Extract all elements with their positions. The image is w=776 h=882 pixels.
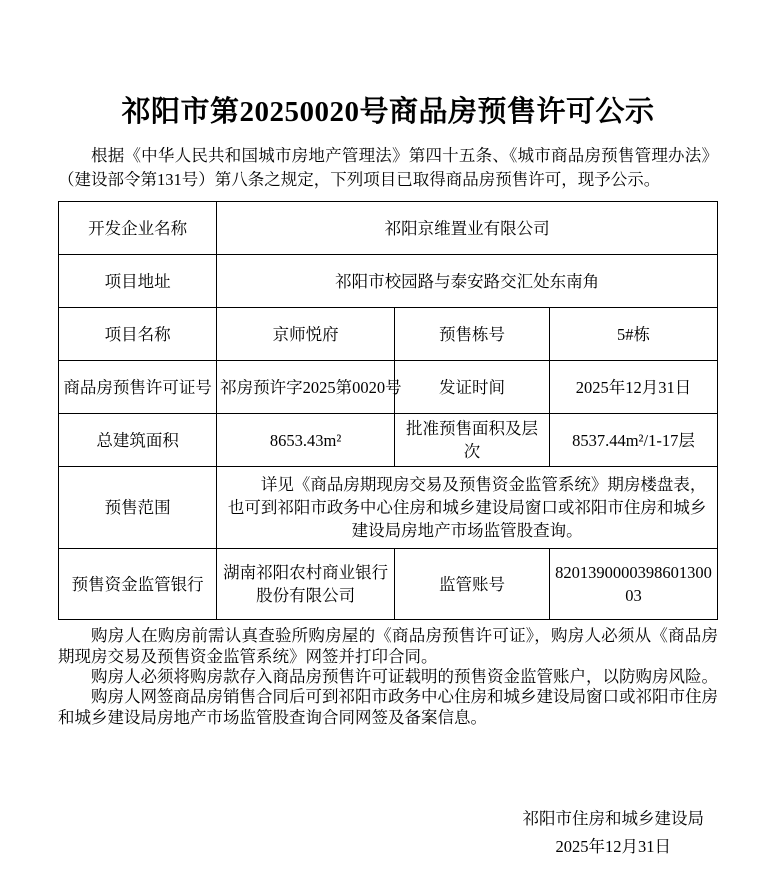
- total-area-value: 8653.43m²: [217, 414, 395, 467]
- notice-document: 祁阳市第20250020号商品房预售许可公示 根据《中华人民共和国城市房地产管理…: [0, 0, 776, 882]
- address-label: 项目地址: [59, 255, 217, 308]
- notes-section: 购房人在购房前需认真查验所购房屋的《商品房预售许可证》，购房人必须从《商品房期现…: [58, 626, 718, 728]
- document-content: 祁阳市第20250020号商品房预售许可公示 根据《中华人民共和国城市房地产管理…: [58, 94, 718, 860]
- issue-date-value: 2025年12月31日: [549, 361, 717, 414]
- intro-paragraph: 根据《中华人民共和国城市房地产管理法》第四十五条、《城市商品房预售管理办法》（建…: [58, 144, 718, 192]
- permit-table: 开发企业名称 祁阳京维置业有限公司 项目地址 祁阳市校园路与泰安路交汇处东南角 …: [58, 201, 718, 620]
- bank-value: 湖南祁阳农村商业银行股份有限公司: [217, 549, 395, 620]
- approved-area-label: 批准预售面积及层次: [395, 414, 550, 467]
- signature-org: 祁阳市住房和城乡建设局: [523, 805, 705, 832]
- developer-value: 祁阳京维置业有限公司: [217, 202, 718, 255]
- table-row: 总建筑面积 8653.43m² 批准预售面积及层次 8537.44m²/1-17…: [59, 414, 718, 467]
- signature-date: 2025年12月31日: [523, 833, 705, 860]
- note-paragraph-3: 购房人网签商品房销售合同后可到祁阳市政务中心住房和城乡建设局窗口或祁阳市住房和城…: [58, 687, 718, 728]
- issue-date-label: 发证时间: [395, 361, 550, 414]
- page-title: 祁阳市第20250020号商品房预售许可公示: [58, 94, 718, 130]
- total-area-label: 总建筑面积: [59, 414, 217, 467]
- building-no-label: 预售栋号: [395, 308, 550, 361]
- note-paragraph-1: 购房人在购房前需认真查验所购房屋的《商品房预售许可证》，购房人必须从《商品房期现…: [58, 626, 718, 667]
- building-no-value: 5#栋: [549, 308, 717, 361]
- table-row: 项目名称 京师悦府 预售栋号 5#栋: [59, 308, 718, 361]
- presale-scope-value: 详见《商品房期现房交易及预售资金监管系统》期房楼盘表，也可到祁阳市政务中心住房和…: [217, 467, 718, 549]
- account-value: 820139000039860130003: [549, 549, 717, 620]
- address-value: 祁阳市校园路与泰安路交汇处东南角: [217, 255, 718, 308]
- table-row: 预售范围 详见《商品房期现房交易及预售资金监管系统》期房楼盘表，也可到祁阳市政务…: [59, 467, 718, 549]
- approved-area-value: 8537.44m²/1-17层: [549, 414, 717, 467]
- table-row: 项目地址 祁阳市校园路与泰安路交汇处东南角: [59, 255, 718, 308]
- project-name-label: 项目名称: [59, 308, 217, 361]
- account-label: 监管账号: [395, 549, 550, 620]
- developer-label: 开发企业名称: [59, 202, 217, 255]
- note-paragraph-2: 购房人必须将购房款存入商品房预售许可证载明的预售资金监管账户，以防购房风险。: [58, 667, 718, 687]
- permit-no-value: 祁房预许字2025第0020号: [217, 361, 395, 414]
- table-row: 开发企业名称 祁阳京维置业有限公司: [59, 202, 718, 255]
- table-row: 预售资金监管银行 湖南祁阳农村商业银行股份有限公司 监管账号 820139000…: [59, 549, 718, 620]
- project-name-value: 京师悦府: [217, 308, 395, 361]
- permit-no-label: 商品房预售许可证号: [59, 361, 217, 414]
- bank-label: 预售资金监管银行: [59, 549, 217, 620]
- signature-block: 祁阳市住房和城乡建设局 2025年12月31日: [523, 805, 705, 859]
- presale-scope-label: 预售范围: [59, 467, 217, 549]
- table-row: 商品房预售许可证号 祁房预许字2025第0020号 发证时间 2025年12月3…: [59, 361, 718, 414]
